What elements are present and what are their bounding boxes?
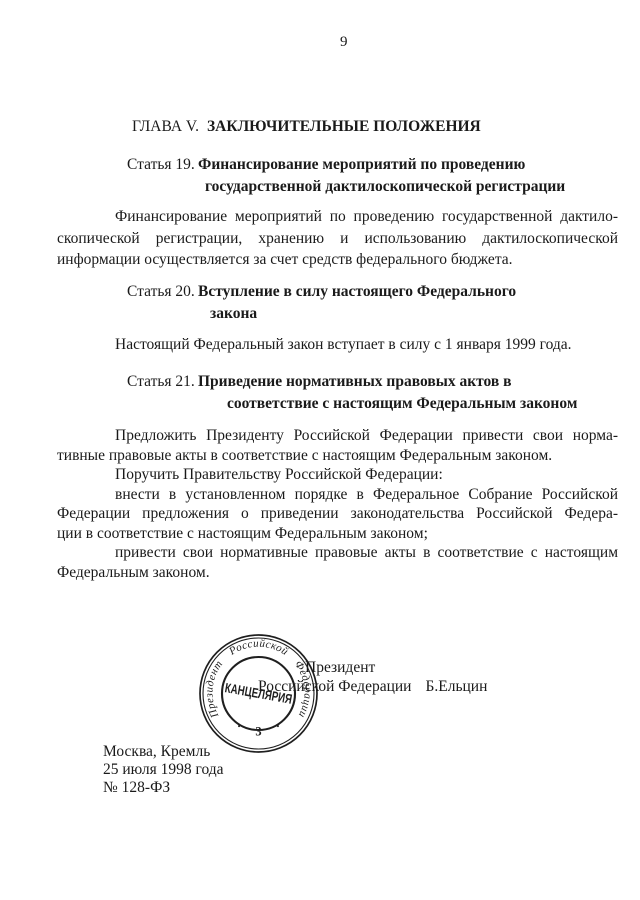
text-line: Предложить Президенту Российской Федерац… xyxy=(57,426,618,446)
paragraph-21: Предложить Президенту Российской Федерац… xyxy=(57,426,618,582)
text-line: Федерации предложения о приведении закон… xyxy=(57,504,618,524)
text-line: Финансирование мероприятий по проведению… xyxy=(57,206,618,228)
article-20-title-line-2: закона xyxy=(127,303,516,325)
stamp-center-label: КАНЦЕЛЯРИЯ xyxy=(224,680,294,707)
article-20-label: Статья 20. xyxy=(127,281,198,303)
chapter-title: ЗАКЛЮЧИТЕЛЬНЫЕ ПОЛОЖЕНИЯ xyxy=(207,118,481,135)
text-line: Поручить Правительству Российской Федера… xyxy=(57,465,618,485)
footer-date: 25 июля 1998 года xyxy=(103,761,224,779)
chapter-heading: ГЛАВА V.ЗАКЛЮЧИТЕЛЬНЫЕ ПОЛОЖЕНИЯ xyxy=(132,116,481,138)
text-line: внести в установленном порядке в Федерал… xyxy=(57,485,618,505)
article-21-title-line-2: соответствие с настоящим Федеральным зак… xyxy=(127,393,577,415)
article-19-title-text-1: Финансирование мероприятий по проведению xyxy=(198,156,525,173)
article-21-heading: Статья 21.Приведение нормативных правовы… xyxy=(127,371,577,415)
text-line: информации осуществляется за счет средст… xyxy=(57,249,618,271)
footer-law-number: № 128-ФЗ xyxy=(103,779,224,797)
paragraph-19: Финансирование мероприятий по проведению… xyxy=(57,206,618,271)
text-line: Федеральным законом. xyxy=(57,563,618,583)
chapter-label: ГЛАВА V. xyxy=(132,116,207,138)
article-19-label: Статья 19. xyxy=(127,154,198,176)
article-20-heading: Статья 20.Вступление в силу настоящего Ф… xyxy=(127,281,516,325)
document-page: 9 ГЛАВА V.ЗАКЛЮЧИТЕЛЬНЫЕ ПОЛОЖЕНИЯ Стать… xyxy=(0,0,640,900)
stamp-number-label: · 3 · xyxy=(234,719,283,739)
text-line: скопической регистрации, хранению и испо… xyxy=(57,228,618,250)
article-20-title-line-1: Статья 20.Вступление в силу настоящего Ф… xyxy=(127,281,516,303)
text-line: привести свои нормативные правовые акты … xyxy=(57,543,618,563)
page-number: 9 xyxy=(340,32,348,54)
article-19-title-line-2: государственной дактилоскопической регис… xyxy=(127,176,565,198)
text-line: тивные правовые акты в соответствие с на… xyxy=(57,446,618,466)
article-19-title-line-1: Статья 19.Финансирование мероприятий по … xyxy=(127,154,565,176)
paragraph-20: Настоящий Федеральный закон вступает в с… xyxy=(57,334,618,356)
article-20-title-text-1: Вступление в силу настоящего Федеральног… xyxy=(198,283,516,300)
text-line: Настоящий Федеральный закон вступает в с… xyxy=(57,334,618,356)
stamp-graphic: Президент Российской Федерации · 3 · КАН… xyxy=(197,632,320,755)
text-line: ции в соответствие с настоящим Федеральн… xyxy=(57,524,618,544)
article-21-label: Статья 21. xyxy=(127,371,198,393)
signatory-name: Б.Ельцин xyxy=(425,678,487,697)
article-21-title-text-1: Приведение нормативных правовых актов в xyxy=(198,373,512,390)
chancellery-stamp-icon: Президент Российской Федерации · 3 · КАН… xyxy=(197,632,320,755)
article-21-title-line-1: Статья 21.Приведение нормативных правовы… xyxy=(127,371,577,393)
article-19-heading: Статья 19.Финансирование мероприятий по … xyxy=(127,154,565,198)
